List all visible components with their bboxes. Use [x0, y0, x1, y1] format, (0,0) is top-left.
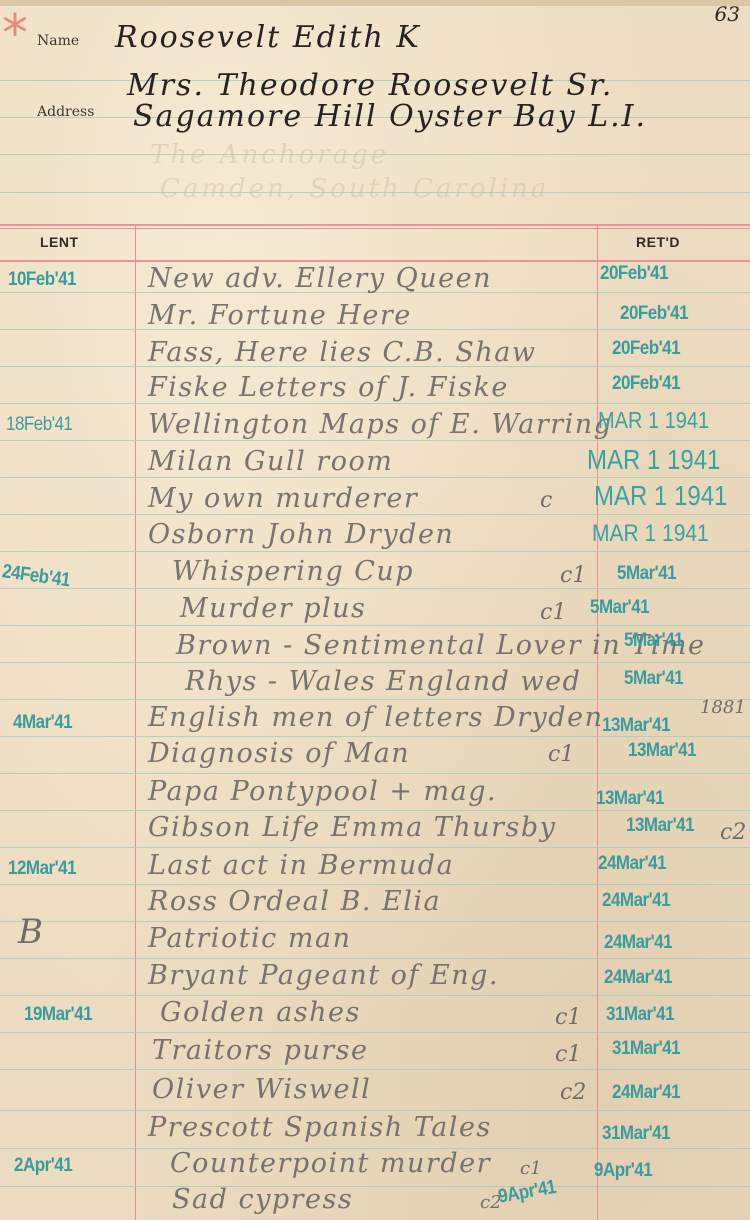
- returned-date-stamp: 24Mar'41: [604, 966, 672, 989]
- returned-date-stamp: MAR 1 1941: [594, 481, 727, 513]
- returned-date-stamp: 31Mar'41: [602, 1122, 670, 1145]
- ruled-line: [0, 588, 750, 589]
- initial-mark: B: [18, 912, 43, 952]
- book-title: Murder plus: [180, 593, 366, 624]
- returned-date-stamp: 5Mar'41: [590, 596, 649, 619]
- book-title: Osborn John Dryden: [148, 519, 454, 550]
- copy-note: c1: [540, 600, 566, 625]
- returned-date-stamp: 13Mar'41: [626, 814, 694, 837]
- returned-date-stamp: 24Mar'41: [602, 889, 670, 912]
- erased-text: Camden, South Carolina: [160, 174, 549, 204]
- returned-date-stamp: 9Apr'41: [496, 1176, 557, 1209]
- lent-date-stamp: 4Mar'41: [13, 711, 72, 734]
- lent-date-stamp: 2Apr'41: [14, 1154, 72, 1177]
- ruled-line: [0, 884, 750, 885]
- copy-note: c: [540, 488, 552, 513]
- book-title: Fass, Here lies C.B. Shaw: [148, 337, 536, 368]
- book-title: New adv. Ellery Queen: [148, 263, 492, 294]
- book-title: Wellington Maps of E. Warring: [148, 409, 612, 440]
- lent-date-stamp: 18Feb'41: [6, 413, 72, 436]
- ruled-line: [0, 551, 750, 552]
- page-number: 63: [715, 2, 740, 26]
- lent-column-header: LENT: [40, 234, 79, 250]
- returned-date-stamp: 5Mar'41: [624, 667, 683, 690]
- lent-date-stamp: 10Feb'41: [8, 268, 76, 291]
- copy-note: c2: [560, 1080, 586, 1105]
- copy-note: c1: [520, 1158, 542, 1179]
- book-title: My own murderer: [148, 483, 418, 514]
- ruled-line: [0, 1069, 750, 1070]
- returned-date-stamp: MAR 1 1941: [587, 445, 720, 477]
- returned-date-stamp: 5Mar'41: [617, 562, 676, 585]
- book-title: Papa Pontypool + mag.: [148, 776, 497, 807]
- returned-date-stamp: 20Feb'41: [620, 302, 688, 325]
- pink-rule: [0, 228, 750, 229]
- returned-column-header: RET'D: [636, 234, 680, 250]
- ruled-line: [0, 1186, 750, 1187]
- ruled-line: [0, 1110, 750, 1111]
- copy-note: c1: [548, 742, 574, 767]
- asterisk-mark: *: [2, 8, 28, 60]
- ruled-line: [0, 958, 750, 959]
- borrower-name: Roosevelt Edith K: [115, 20, 421, 55]
- borrower-name-line2: Mrs. Theodore Roosevelt Sr.: [127, 68, 613, 103]
- year-note: 1881: [700, 697, 746, 718]
- book-title: Sad cypress: [172, 1184, 353, 1215]
- returned-date-stamp: 24Mar'41: [598, 852, 666, 875]
- returned-date-stamp: 20Feb'41: [612, 337, 680, 360]
- ruled-line: [0, 514, 750, 515]
- book-title: Traitors purse: [152, 1035, 369, 1066]
- ruled-line: [0, 440, 750, 441]
- returned-date-stamp: 5Mar'41: [624, 629, 683, 652]
- returned-date-stamp: 13Mar'41: [602, 714, 670, 737]
- copy-note: c2: [720, 820, 746, 845]
- ruled-line: [0, 477, 750, 478]
- book-title: Whispering Cup: [172, 556, 414, 587]
- returned-date-stamp: 20Feb'41: [600, 262, 668, 285]
- ruled-line: [0, 403, 750, 404]
- ruled-line: [0, 921, 750, 922]
- ruled-line: [0, 662, 750, 663]
- book-title: Milan Gull room: [148, 446, 393, 477]
- book-title: Oliver Wiswell: [152, 1074, 371, 1105]
- ruled-line: [0, 1032, 750, 1033]
- returned-date-stamp: 20Feb'41: [612, 372, 680, 395]
- lent-date-stamp: 12Mar'41: [8, 857, 76, 880]
- borrower-address: Sagamore Hill Oyster Bay L.I.: [133, 99, 647, 134]
- ruled-line: [0, 699, 750, 700]
- book-title: Patriotic man: [148, 923, 351, 954]
- returned-date-stamp: 13Mar'41: [628, 739, 696, 762]
- returned-date-stamp: 31Mar'41: [606, 1003, 674, 1026]
- name-label: Name: [37, 33, 79, 49]
- book-title: Prescott Spanish Tales: [148, 1112, 492, 1143]
- book-title: Last act in Bermuda: [148, 850, 454, 881]
- returned-date-stamp: 24Mar'41: [604, 931, 672, 954]
- returned-date-stamp: 13Mar'41: [596, 787, 664, 810]
- card-top-edge: [0, 0, 750, 6]
- pink-rule: [0, 224, 750, 226]
- lent-date-stamp: 19Mar'41: [24, 1003, 92, 1026]
- ruled-line: [0, 995, 750, 996]
- pink-column-rule: [135, 226, 136, 1220]
- ruled-line: [0, 625, 750, 626]
- copy-note: c1: [555, 1042, 581, 1067]
- book-title: Counterpoint murder: [170, 1148, 491, 1179]
- book-title: Gibson Life Emma Thursby: [148, 812, 556, 843]
- book-title: Ross Ordeal B. Elia: [148, 886, 441, 917]
- copy-note: c1: [560, 563, 586, 588]
- address-label: Address: [37, 104, 94, 120]
- book-title: Fiske Letters of J. Fiske: [148, 372, 509, 403]
- book-title: English men of letters Dryden: [148, 702, 603, 733]
- book-title: Golden ashes: [160, 997, 361, 1028]
- returned-date-stamp: MAR 1 1941: [598, 408, 709, 434]
- book-title: Bryant Pageant of Eng.: [148, 960, 499, 991]
- returned-date-stamp: 31Mar'41: [612, 1037, 680, 1060]
- library-card: * 63 Name Address Roosevelt Edith K Mrs.…: [0, 0, 750, 1220]
- returned-date-stamp: MAR 1 1941: [592, 520, 709, 548]
- book-title: Rhys - Wales England wed: [185, 666, 581, 697]
- ruled-line: [0, 810, 750, 811]
- returned-date-stamp: 9Apr'41: [594, 1159, 652, 1182]
- book-title: Diagnosis of Man: [148, 738, 410, 769]
- erased-text: The Anchorage: [150, 140, 389, 170]
- returned-date-stamp: 24Mar'41: [612, 1081, 680, 1104]
- ruled-line: [0, 773, 750, 774]
- book-title: Mr. Fortune Here: [148, 300, 412, 331]
- ruled-line: [0, 847, 750, 848]
- copy-note: c1: [555, 1005, 581, 1030]
